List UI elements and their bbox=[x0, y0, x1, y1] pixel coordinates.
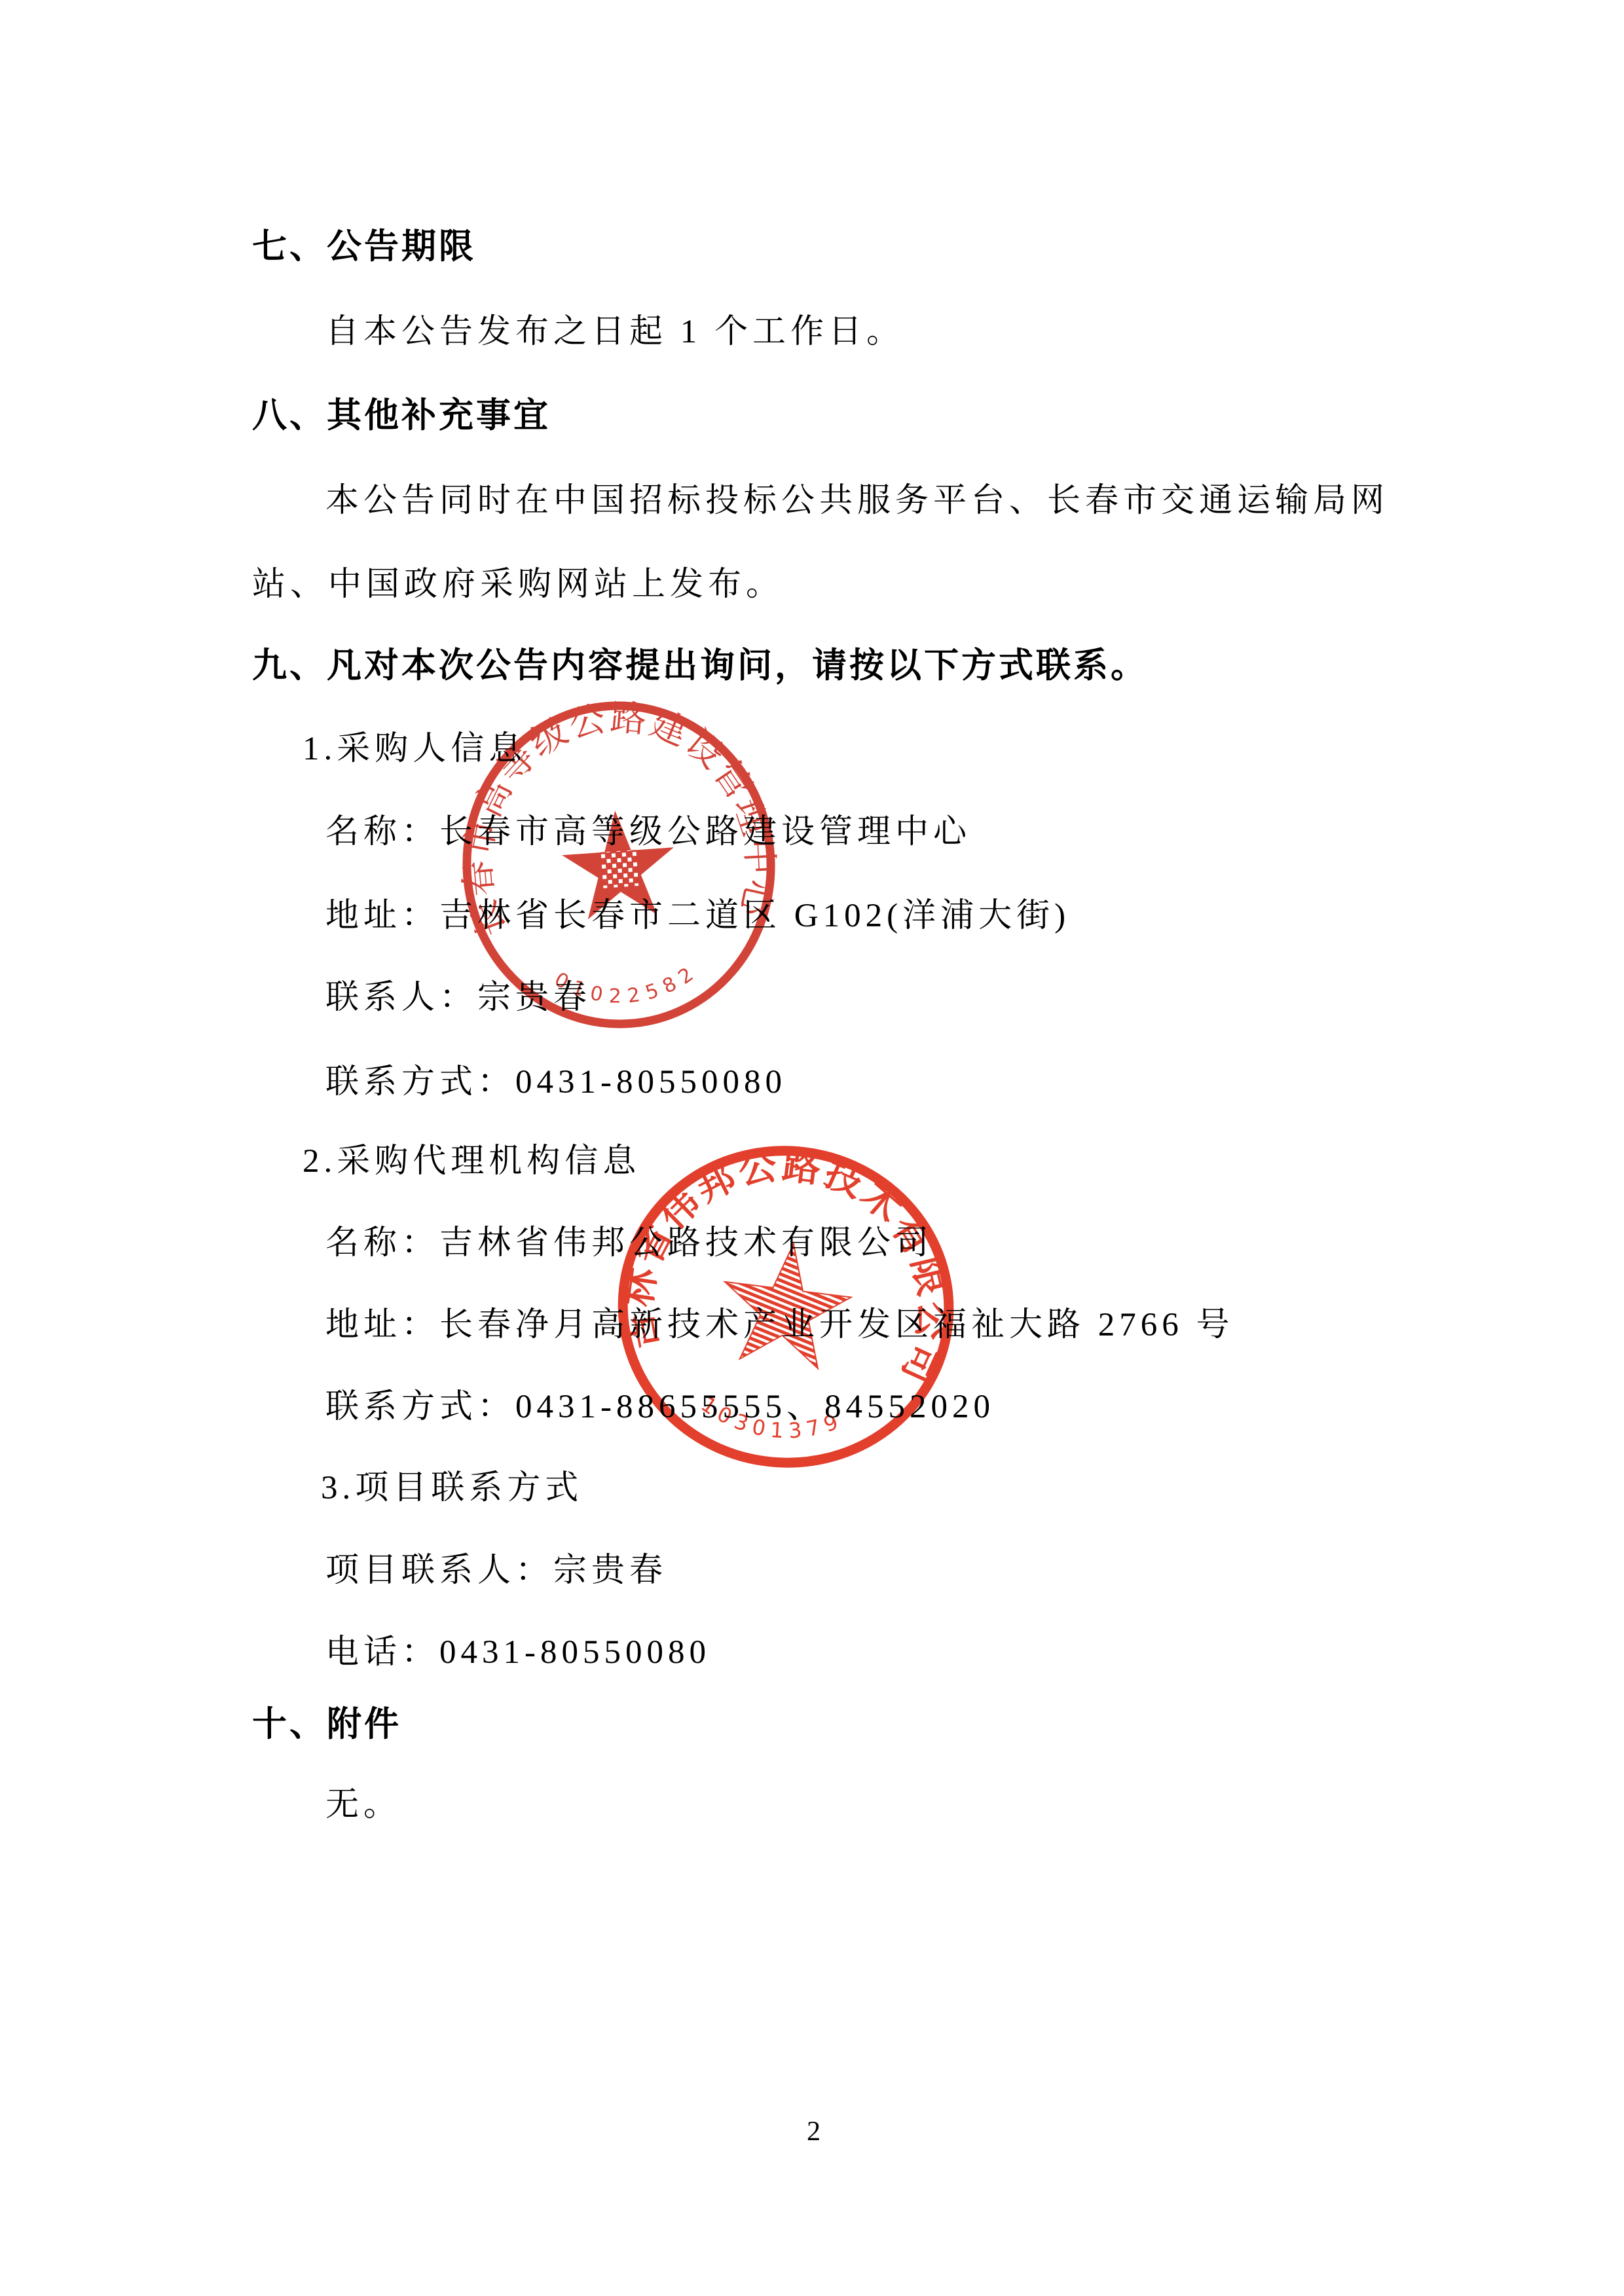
project-contact-title: 3.项目联系方式 bbox=[321, 1470, 583, 1506]
section-8-heading: 八、其他补充事宜 bbox=[252, 397, 551, 435]
section-9-heading: 九、凡对本次公告内容提出询问，请按以下方式联系。 bbox=[252, 647, 1148, 685]
section-10-body: 无。 bbox=[325, 1787, 401, 1823]
seal-star-icon bbox=[716, 1236, 857, 1372]
document-page: 七、公告期限 自本公告发布之日起 1 个工作日。 八、其他补充事宜 本公告同时在… bbox=[0, 0, 1624, 2296]
section-10-heading: 十、附件 bbox=[252, 1705, 401, 1743]
project-phone: 电话：0431-80550080 bbox=[325, 1634, 710, 1671]
section-8-body-line2: 站、中国政府采购网站上发布。 bbox=[252, 566, 784, 603]
seal-qr-pattern bbox=[600, 850, 639, 888]
purchaser-phone: 联系方式：0431-80550080 bbox=[325, 1064, 786, 1101]
agency-info-title: 2.采购代理机构信息 bbox=[303, 1143, 640, 1180]
project-contact: 项目联系人：宗贵春 bbox=[325, 1552, 667, 1589]
section-7-heading: 七、公告期限 bbox=[252, 228, 476, 266]
section-7-body: 自本公告发布之日起 1 个工作日。 bbox=[325, 314, 904, 350]
agency-official-seal: 吉林省伟邦公路技术有限公司 201030137931 bbox=[617, 1145, 955, 1468]
page-number: 2 bbox=[807, 2116, 821, 2147]
section-8-body-line1: 本公告同时在中国招标投标公共服务平台、长春市交通运输局网 bbox=[325, 483, 1389, 519]
purchaser-official-seal: 长春市高等级公路建设管理中心 220102258251 bbox=[460, 701, 778, 1029]
